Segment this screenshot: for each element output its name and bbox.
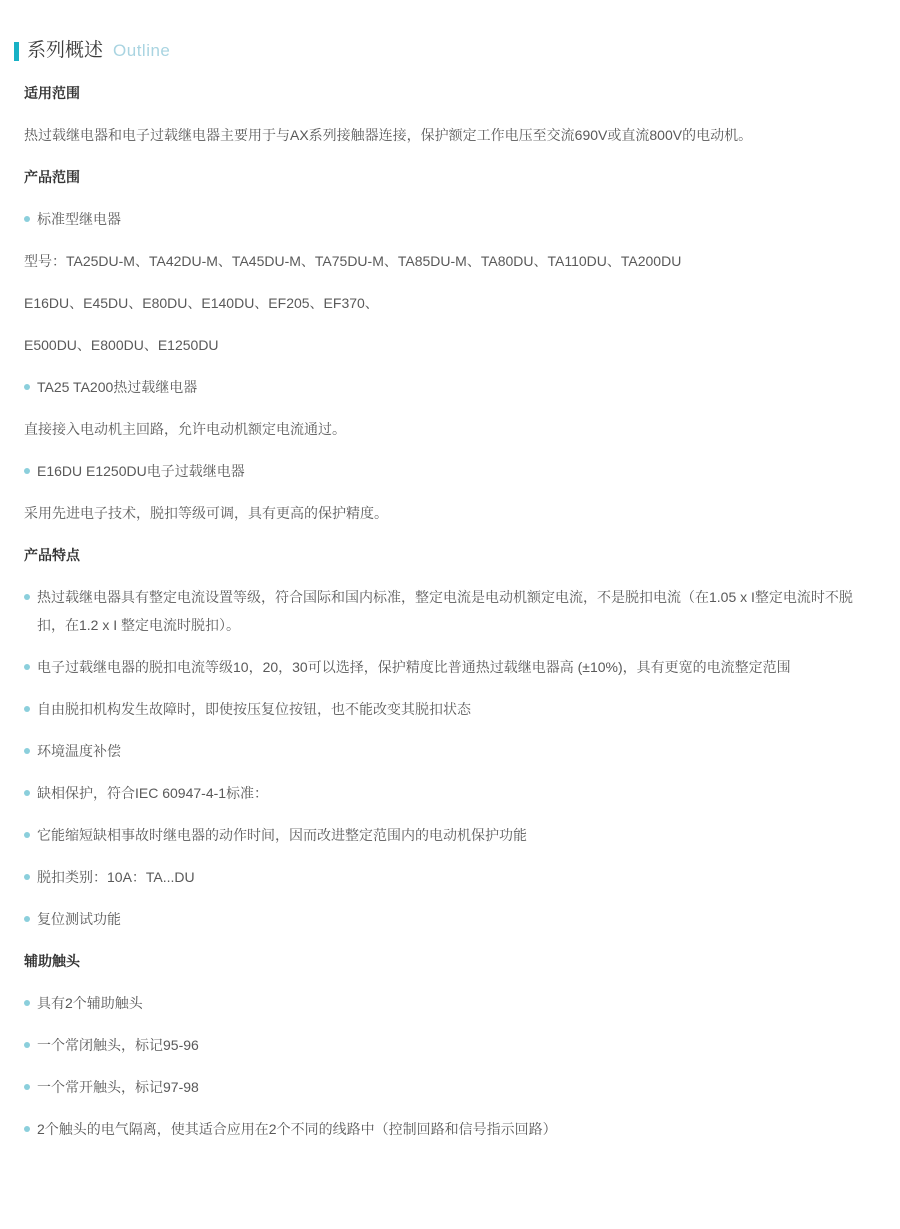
bullet-item: TA25 TA200热过载继电器 xyxy=(24,373,876,401)
bullet-item: 自由脱扣机构发生故障时，即使按压复位按钮，也不能改变其脱扣状态 xyxy=(24,695,876,723)
section-blocks: 标准型继电器 型号：TA25DU-M、TA42DU-M、TA45DU-M、TA7… xyxy=(24,205,876,527)
section-heading-3: 产品特点 xyxy=(24,541,876,569)
bullet-text: 一个常开触头，标记97-98 xyxy=(37,1079,199,1095)
content-sections: 适用范围 热过载继电器和电子过载继电器主要用于与AX系列接触器连接，保护额定工作… xyxy=(24,79,876,1143)
bullet-dot-icon xyxy=(24,916,30,922)
bullet-text: 缺相保护，符合IEC 60947-4-1标准： xyxy=(37,785,268,801)
bullet-item: 缺相保护，符合IEC 60947-4-1标准： xyxy=(24,779,876,807)
section-heading-2: 产品范围 xyxy=(24,163,876,191)
paragraph: E16DU、E45DU、E80DU、E140DU、EF205、EF370、 xyxy=(24,289,876,317)
bullet-dot-icon xyxy=(24,832,30,838)
bullet-dot-icon xyxy=(24,216,30,222)
bullet-item: 一个常开触头，标记97-98 xyxy=(24,1073,876,1101)
bullet-text: 复位测试功能 xyxy=(37,911,121,927)
bullet-text: TA25 TA200热过载继电器 xyxy=(37,379,197,395)
bullet-text: 具有2个辅助触头 xyxy=(37,995,143,1011)
bullet-text: E16DU E1250DU电子过载继电器 xyxy=(37,463,245,479)
bullet-dot-icon xyxy=(24,468,30,474)
section-blocks: 热过载继电器和电子过载继电器主要用于与AX系列接触器连接，保护额定工作电压至交流… xyxy=(24,121,876,149)
bullet-item: 具有2个辅助触头 xyxy=(24,989,876,1017)
bullet-item: 2个触头的电气隔离，使其适合应用在2个不同的线路中（控制回路和信号指示回路） xyxy=(24,1115,876,1143)
bullet-item: E16DU E1250DU电子过载继电器 xyxy=(24,457,876,485)
page-title: 系列概述 xyxy=(27,37,103,65)
bullet-dot-icon xyxy=(24,1126,30,1132)
section: 产品特点 热过载继电器具有整定电流设置等级，符合国际和国内标准，整定电流是电动机… xyxy=(24,541,876,933)
bullet-text: 2个触头的电气隔离，使其适合应用在2个不同的线路中（控制回路和信号指示回路） xyxy=(37,1121,557,1137)
section: 适用范围 热过载继电器和电子过载继电器主要用于与AX系列接触器连接，保护额定工作… xyxy=(24,79,876,149)
bullet-dot-icon xyxy=(24,1000,30,1006)
bullet-dot-icon xyxy=(24,790,30,796)
section: 产品范围 标准型继电器 型号：TA25DU-M、TA42DU-M、TA45DU-… xyxy=(24,163,876,527)
bullet-item: 环境温度补偿 xyxy=(24,737,876,765)
bullet-item: 热过载继电器具有整定电流设置等级，符合国际和国内标准，整定电流是电动机额定电流，… xyxy=(24,583,876,639)
paragraph: 型号：TA25DU-M、TA42DU-M、TA45DU-M、TA75DU-M、T… xyxy=(24,247,876,275)
bullet-item: 一个常闭触头，标记95-96 xyxy=(24,1031,876,1059)
bullet-dot-icon xyxy=(24,1042,30,1048)
bullet-dot-icon xyxy=(24,874,30,880)
bullet-text: 标准型继电器 xyxy=(37,211,121,227)
section-blocks: 具有2个辅助触头 一个常闭触头，标记95-96 一个常开触头，标记97-98 2… xyxy=(24,989,876,1143)
paragraph: E500DU、E800DU、E1250DU xyxy=(24,331,876,359)
title-accent-bar xyxy=(14,42,19,61)
bullet-text: 自由脱扣机构发生故障时，即使按压复位按钮，也不能改变其脱扣状态 xyxy=(37,701,471,717)
section-heading-4: 辅助触头 xyxy=(24,947,876,975)
bullet-text: 电子过载继电器的脱扣电流等级10，20，30可以选择，保护精度比普通热过载继电器… xyxy=(37,659,791,675)
bullet-dot-icon xyxy=(24,594,30,600)
bullet-text: 环境温度补偿 xyxy=(37,743,121,759)
section: 辅助触头 具有2个辅助触头 一个常闭触头，标记95-96 一个常开触头，标记97… xyxy=(24,947,876,1143)
bullet-dot-icon xyxy=(24,384,30,390)
bullet-dot-icon xyxy=(24,1084,30,1090)
bullet-item: 复位测试功能 xyxy=(24,905,876,933)
bullet-item: 脱扣类别：10A：TA...DU xyxy=(24,863,876,891)
bullet-item: 它能缩短缺相事故时继电器的动作时间，因而改进整定范围内的电动机保护功能 xyxy=(24,821,876,849)
bullet-text: 一个常闭触头，标记95-96 xyxy=(37,1037,199,1053)
document-page: 系列概述 Outline 适用范围 热过载继电器和电子过载继电器主要用于与AX系… xyxy=(0,0,900,1229)
paragraph: 直接接入电动机主回路，允许电动机额定电流通过。 xyxy=(24,415,876,443)
bullet-item: 标准型继电器 xyxy=(24,205,876,233)
page-subtitle: Outline xyxy=(113,41,170,61)
section-blocks: 热过载继电器具有整定电流设置等级，符合国际和国内标准，整定电流是电动机额定电流，… xyxy=(24,583,876,933)
bullet-text: 脱扣类别：10A：TA...DU xyxy=(37,869,195,885)
paragraph: 采用先进电子技术，脱扣等级可调，具有更高的保护精度。 xyxy=(24,499,876,527)
bullet-text: 热过载继电器具有整定电流设置等级，符合国际和国内标准，整定电流是电动机额定电流，… xyxy=(37,589,853,633)
paragraph: 热过载继电器和电子过载继电器主要用于与AX系列接触器连接，保护额定工作电压至交流… xyxy=(24,121,876,149)
bullet-item: 电子过载继电器的脱扣电流等级10，20，30可以选择，保护精度比普通热过载继电器… xyxy=(24,653,876,681)
bullet-dot-icon xyxy=(24,664,30,670)
bullet-text: 它能缩短缺相事故时继电器的动作时间，因而改进整定范围内的电动机保护功能 xyxy=(37,827,527,843)
section-heading-1: 适用范围 xyxy=(24,79,876,107)
bullet-dot-icon xyxy=(24,748,30,754)
bullet-dot-icon xyxy=(24,706,30,712)
page-header: 系列概述 Outline xyxy=(14,37,876,65)
